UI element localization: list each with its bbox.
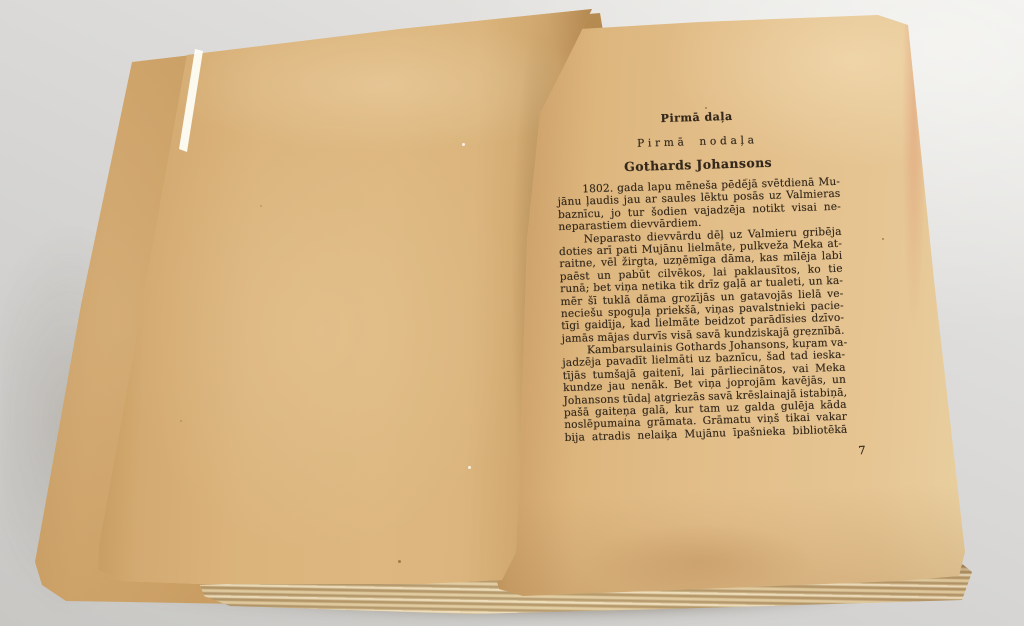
paper-speck — [882, 238, 884, 240]
paragraph: 1802.gadalapumēnešapēdējāsvētdienāMu-jān… — [557, 176, 841, 234]
paper-speck — [398, 560, 401, 563]
right-page-text-block: Pirmā daļa Pirmā nodaļa Gothards Johanso… — [555, 108, 848, 466]
paper-speck — [260, 205, 262, 207]
heading-title: Gothards Johansons — [556, 153, 839, 176]
paper-speck — [180, 420, 182, 422]
page-number: 7 — [565, 444, 866, 465]
book-photo-scene: Pirmā daļa Pirmā nodaļa Gothards Johanso… — [0, 0, 1024, 626]
body-text: 1802.gadalapumēnešapēdējāsvētdienāMu-jān… — [557, 176, 848, 444]
paper-speck — [468, 466, 471, 469]
heading-part: Pirmā daļa — [555, 108, 838, 129]
paper-speck — [462, 143, 465, 146]
paper-speck — [637, 268, 639, 270]
paper-speck — [808, 335, 810, 337]
paper-speck — [705, 107, 707, 109]
paper-speck — [745, 178, 748, 180]
heading-chapter: Pirmā nodaļa — [556, 131, 839, 152]
paragraph: NeparastodievvārdudēļuzValmierugribējado… — [559, 225, 845, 345]
paragraph: KambarsulainisGothardsJohansons,kuŗamva-… — [562, 337, 848, 444]
